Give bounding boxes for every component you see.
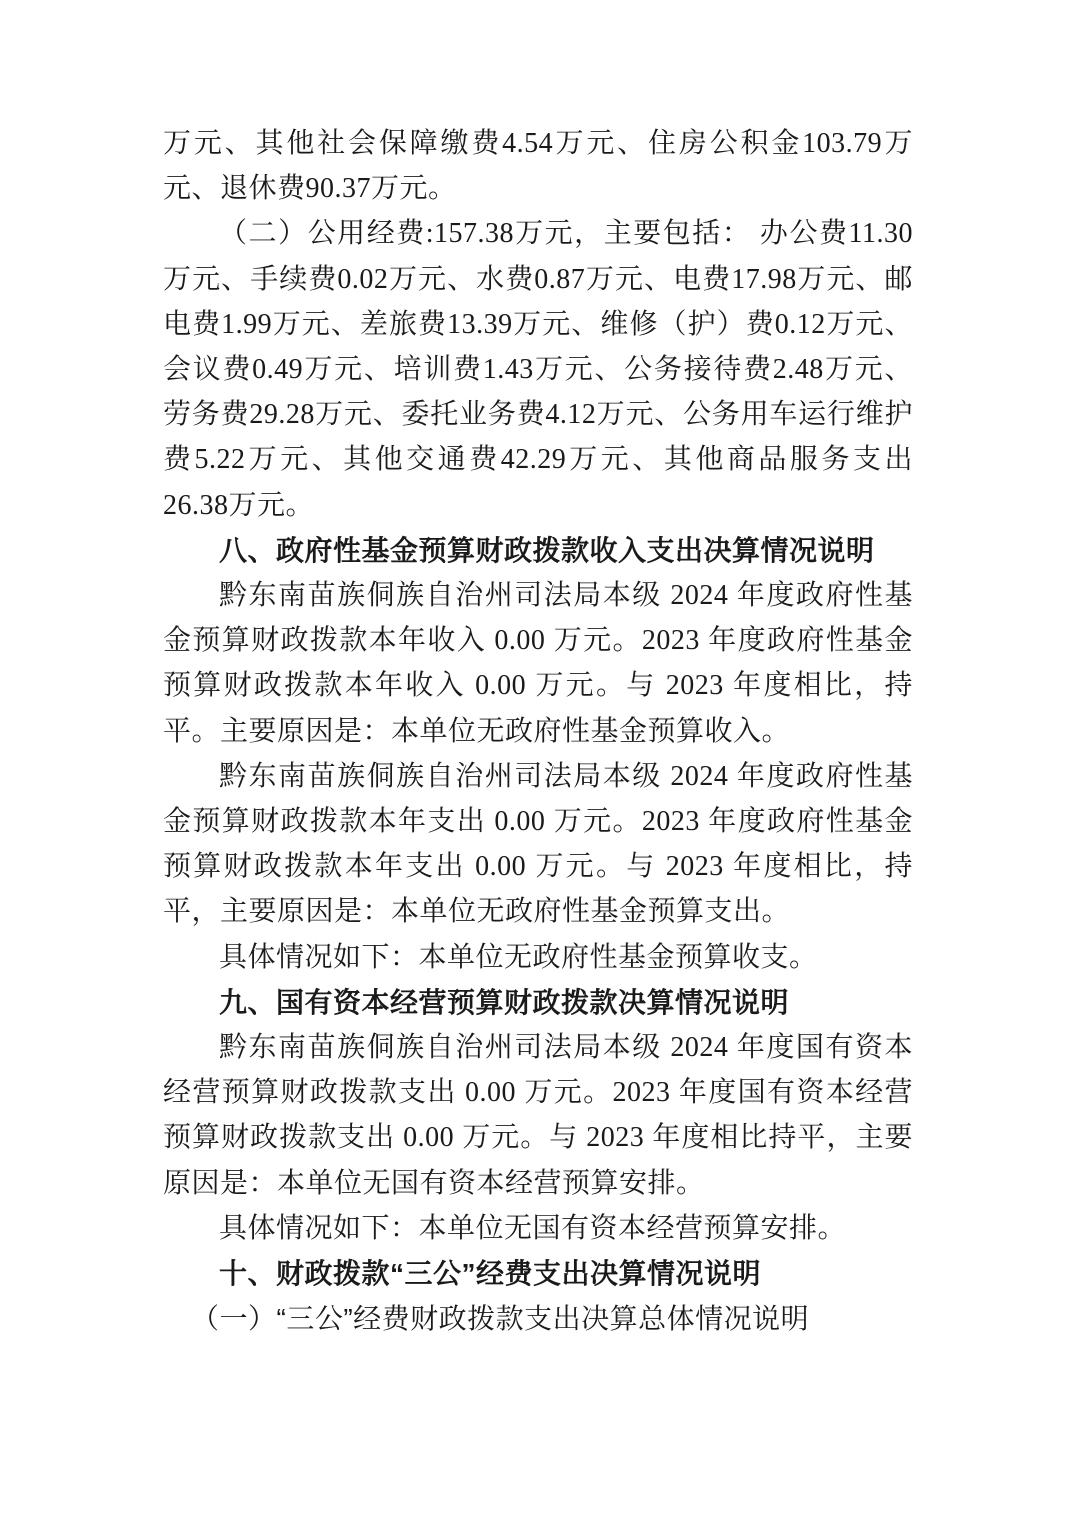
document-page: 万元、其他社会保障缴费4.54万元、住房公积金103.79万元、退休费90.37… — [0, 0, 1074, 1520]
body-paragraph-government-fund-expenditure: 黔东南苗族侗族自治州司法局本级 2024 年度政府性基金预算财政拨款本年支出 0… — [163, 754, 913, 935]
section-heading-10-three-public-expenses: 十、财政拨款“三公”经费支出决算情况说明 — [163, 1251, 913, 1296]
body-paragraph-government-fund-income: 黔东南苗族侗族自治州司法局本级 2024 年度政府性基金预算财政拨款本年收入 0… — [163, 573, 913, 754]
body-paragraph-state-capital-details: 具体情况如下：本单位无国有资本经营预算安排。 — [163, 1206, 913, 1251]
body-paragraph-personnel-expenses-continuation: 万元、其他社会保障缴费4.54万元、住房公积金103.79万元、退休费90.37… — [163, 121, 913, 211]
subheading-1-three-public-overall: （一）“三公”经费财政拨款支出决算总体情况说明 — [163, 1296, 913, 1341]
body-paragraph-public-expenses: （二）公用经费:157.38万元，主要包括： 办公费11.30万元、手续费0.0… — [163, 211, 913, 527]
section-heading-9-state-capital-budget: 九、国有资本经营预算财政拨款决算情况说明 — [163, 980, 913, 1025]
section-heading-8-government-fund-budget: 八、政府性基金预算财政拨款收入支出决算情况说明 — [163, 528, 913, 573]
body-paragraph-government-fund-details: 具体情况如下：本单位无政府性基金预算收支。 — [163, 935, 913, 980]
body-paragraph-state-capital-expenditure: 黔东南苗族侗族自治州司法局本级 2024 年度国有资本经营预算财政拨款支出 0.… — [163, 1025, 913, 1206]
page-text-block: 万元、其他社会保障缴费4.54万元、住房公积金103.79万元、退休费90.37… — [163, 121, 913, 1341]
